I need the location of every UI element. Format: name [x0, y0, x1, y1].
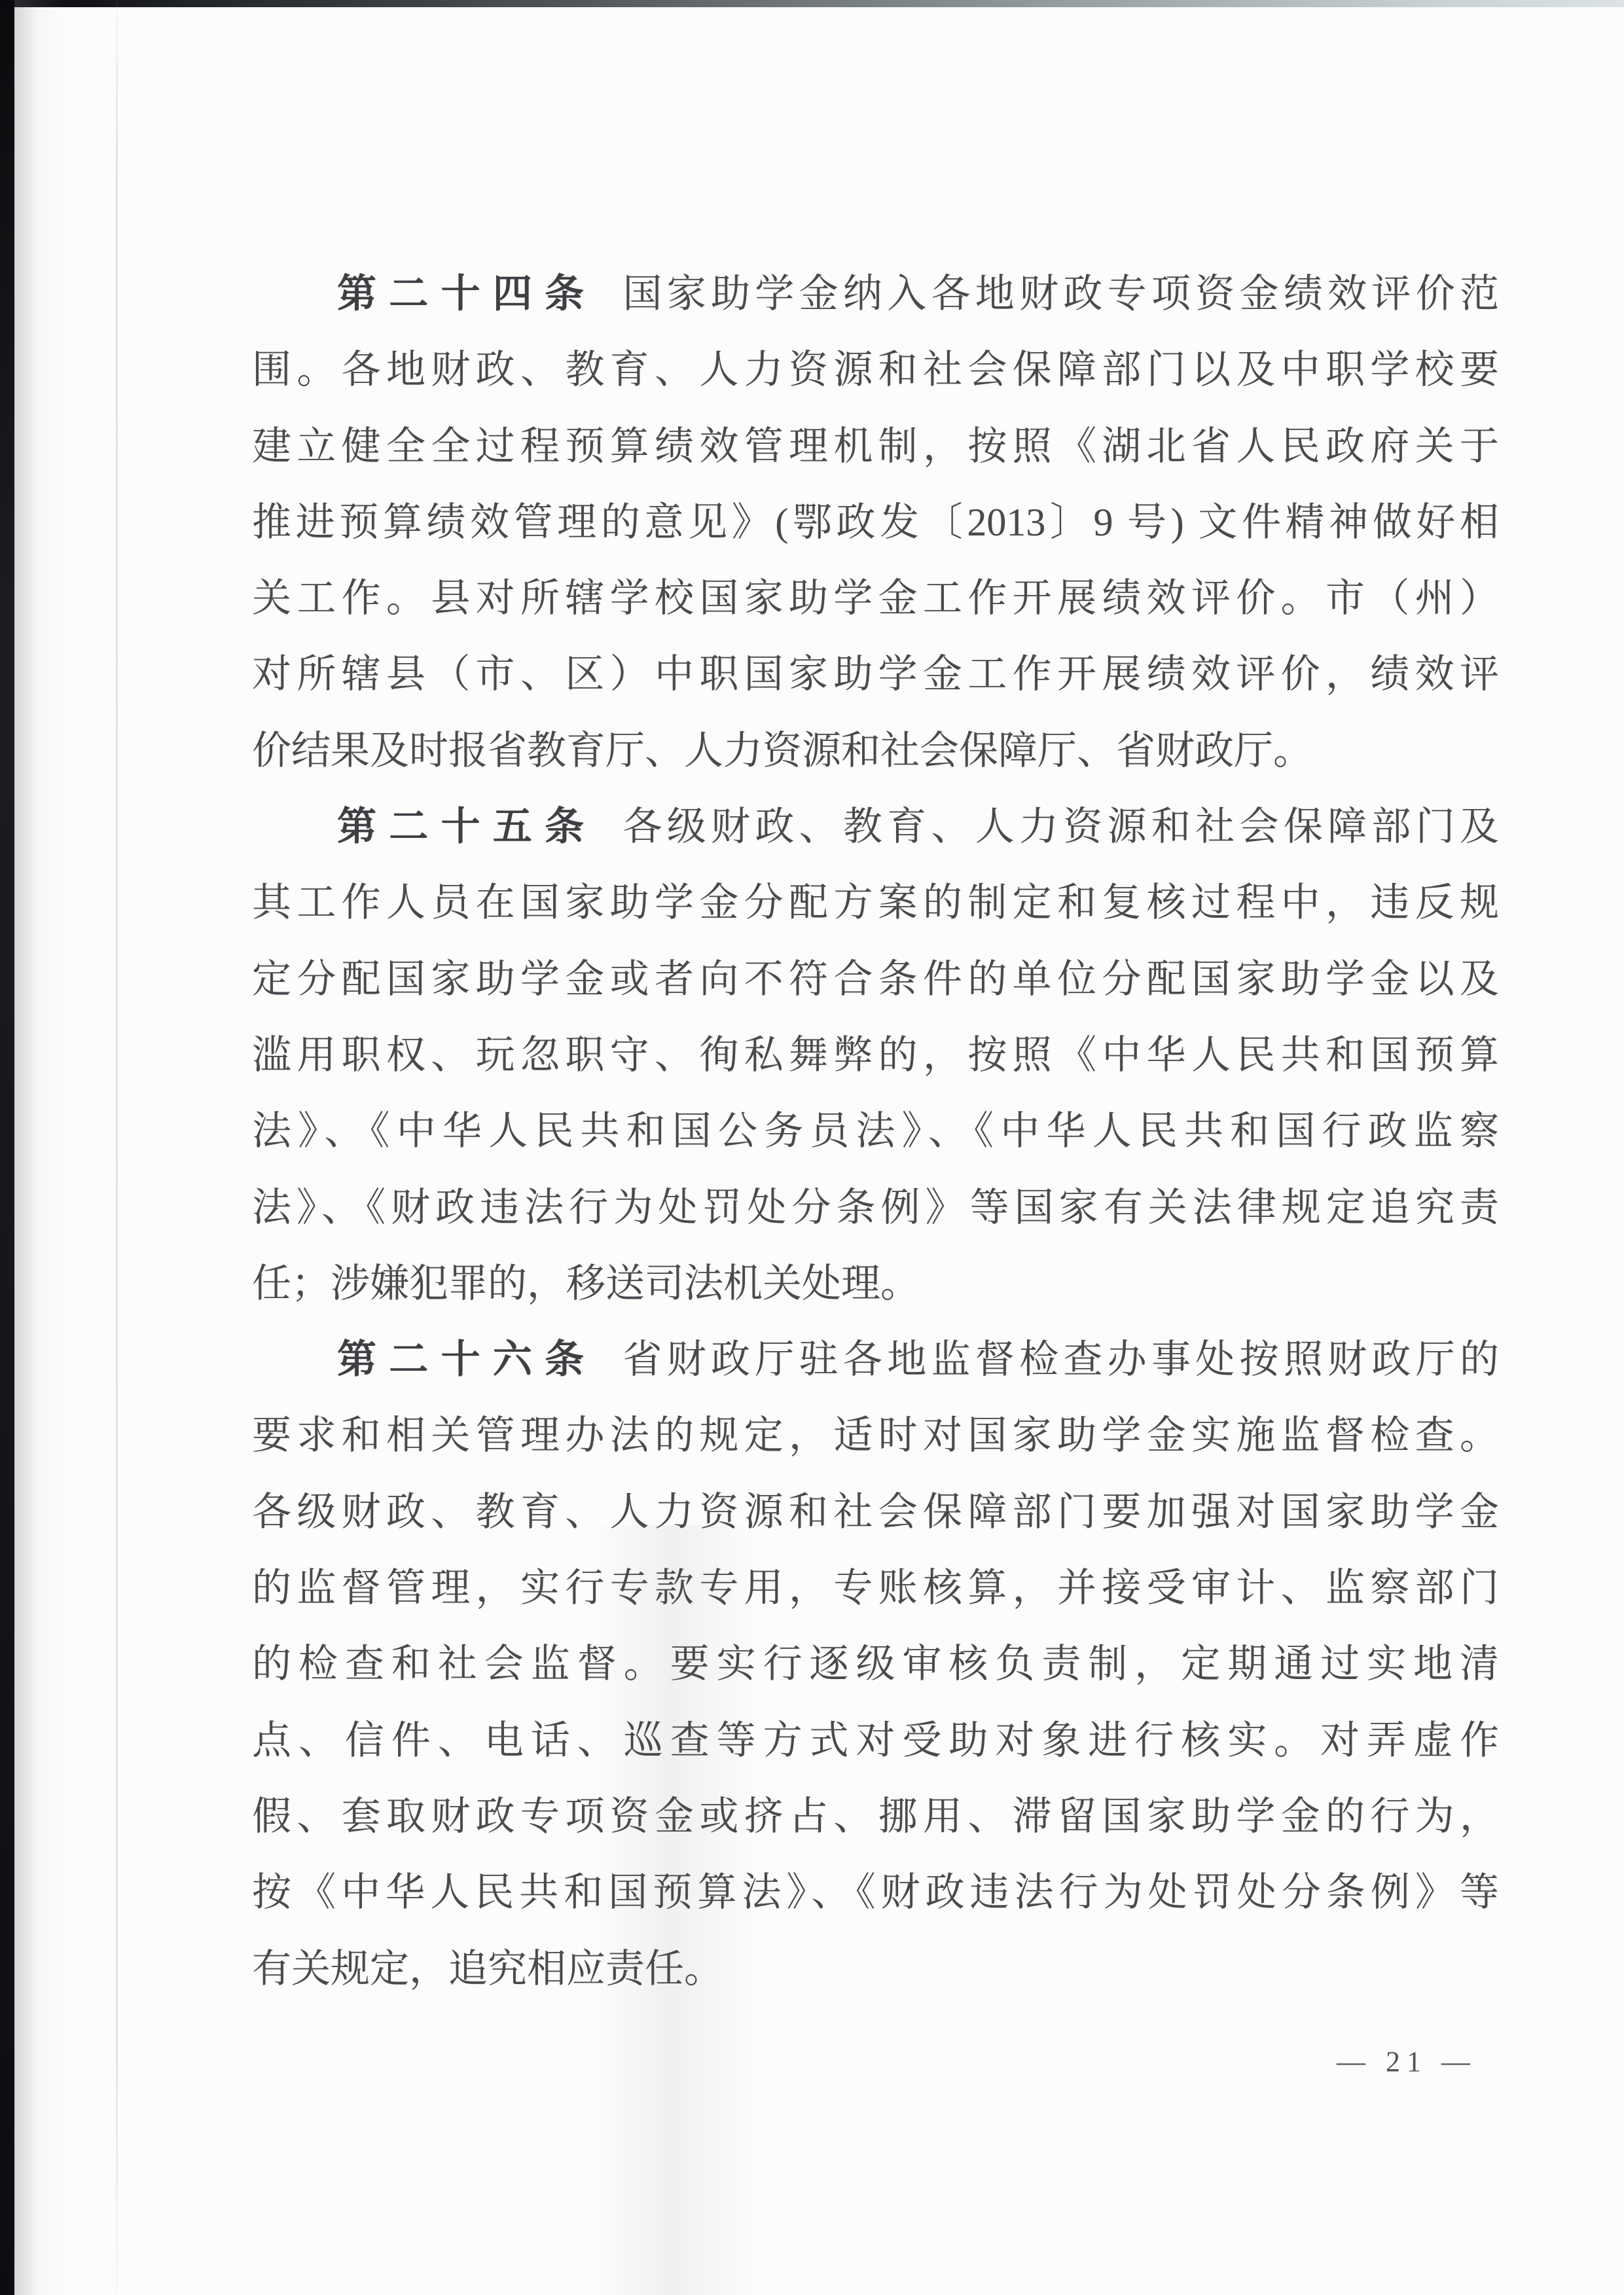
- document-line: 有关规定，追究相应责任。: [252, 1931, 1499, 2007]
- article-25-number: 第二十五条: [337, 804, 596, 848]
- document-line: 其工作人员在国家助学金分配方案的制定和复核过程中，违反规: [252, 865, 1499, 941]
- document-line: 关工作。县对所辖学校国家助学金工作开展绩效评价。市（州）: [252, 560, 1499, 636]
- document-line: 的检查和社会监督。要实行逐级审核负责制，定期通过实地清: [252, 1626, 1499, 1702]
- document-line: 按《中华人民共和国预算法》、《财政违法行为处罚处分条例》等: [252, 1854, 1499, 1930]
- document-line: 价结果及时报省教育厅、人力资源和社会保障厅、省财政厅。: [252, 713, 1499, 789]
- scan-left-shadow: [14, 0, 65, 2295]
- page-crease-line: [116, 0, 118, 2295]
- document-line: 各级财政、教育、人力资源和社会保障部门要加强对国家助学金: [252, 1474, 1499, 1550]
- article-26-heading-line: 第二十六条省财政厅驻各地监督检查办事处按照财政厅的: [252, 1322, 1499, 1398]
- document-line: 法》、《财政违法行为处罚处分条例》等国家有关法律规定追究责: [252, 1170, 1499, 1246]
- document-line: 要求和相关管理办法的规定，适时对国家助学金实施监督检查。: [252, 1398, 1499, 1473]
- document-line: 的监督管理，实行专款专用，专账核算，并接受审计、监察部门: [252, 1550, 1499, 1626]
- scan-edge-top: [0, 0, 1624, 7]
- article-25-heading-text: 各级财政、教育、人力资源和社会保障部门及: [623, 805, 1499, 848]
- document-line: 推进预算绩效管理的意见》(鄂政发〔2013〕9 号) 文件精神做好相: [252, 484, 1499, 560]
- document-line: 定分配国家助学金或者向不符合条件的单位分配国家助学金以及: [252, 941, 1499, 1017]
- document-line: 围。各地财政、教育、人力资源和社会保障部门以及中职学校要: [252, 332, 1499, 408]
- document-line: 法》、《中华人民共和国公务员法》、《中华人民共和国行政监察: [252, 1093, 1499, 1169]
- article-26-heading-text: 省财政厅驻各地监督检查办事处按照财政厅的: [623, 1338, 1499, 1381]
- document-line: 滥用职权、玩忽职守、徇私舞弊的，按照《中华人民共和国预算: [252, 1017, 1499, 1093]
- article-24-heading-line: 第二十四条国家助学金纳入各地财政专项资金绩效评价范: [252, 256, 1499, 332]
- document-body: 第二十四条国家助学金纳入各地财政专项资金绩效评价范 围。各地财政、教育、人力资源…: [252, 256, 1499, 2007]
- document-line: 建立健全全过程预算绩效管理机制，按照《湖北省人民政府关于: [252, 408, 1499, 484]
- document-line: 假、套取财政专项资金或挤占、挪用、滞留国家助学金的行为，: [252, 1779, 1499, 1854]
- document-line: 点、信件、电话、巡查等方式对受助对象进行核实。对弄虚作: [252, 1703, 1499, 1779]
- article-25-heading-line: 第二十五条各级财政、教育、人力资源和社会保障部门及: [252, 789, 1499, 865]
- article-24-heading-text: 国家助学金纳入各地财政专项资金绩效评价范: [623, 272, 1499, 316]
- article-26-number: 第二十六条: [337, 1337, 596, 1381]
- page-number: — 21 —: [1337, 2045, 1477, 2078]
- scan-edge-left: [0, 0, 14, 2295]
- document-line: 对所辖县（市、区）中职国家助学金工作开展绩效评价，绩效评: [252, 636, 1499, 712]
- scanned-document-page: 第二十四条国家助学金纳入各地财政专项资金绩效评价范 围。各地财政、教育、人力资源…: [0, 0, 1624, 2295]
- article-24-number: 第二十四条: [337, 272, 596, 316]
- document-line: 任；涉嫌犯罪的，移送司法机关处理。: [252, 1246, 1499, 1322]
